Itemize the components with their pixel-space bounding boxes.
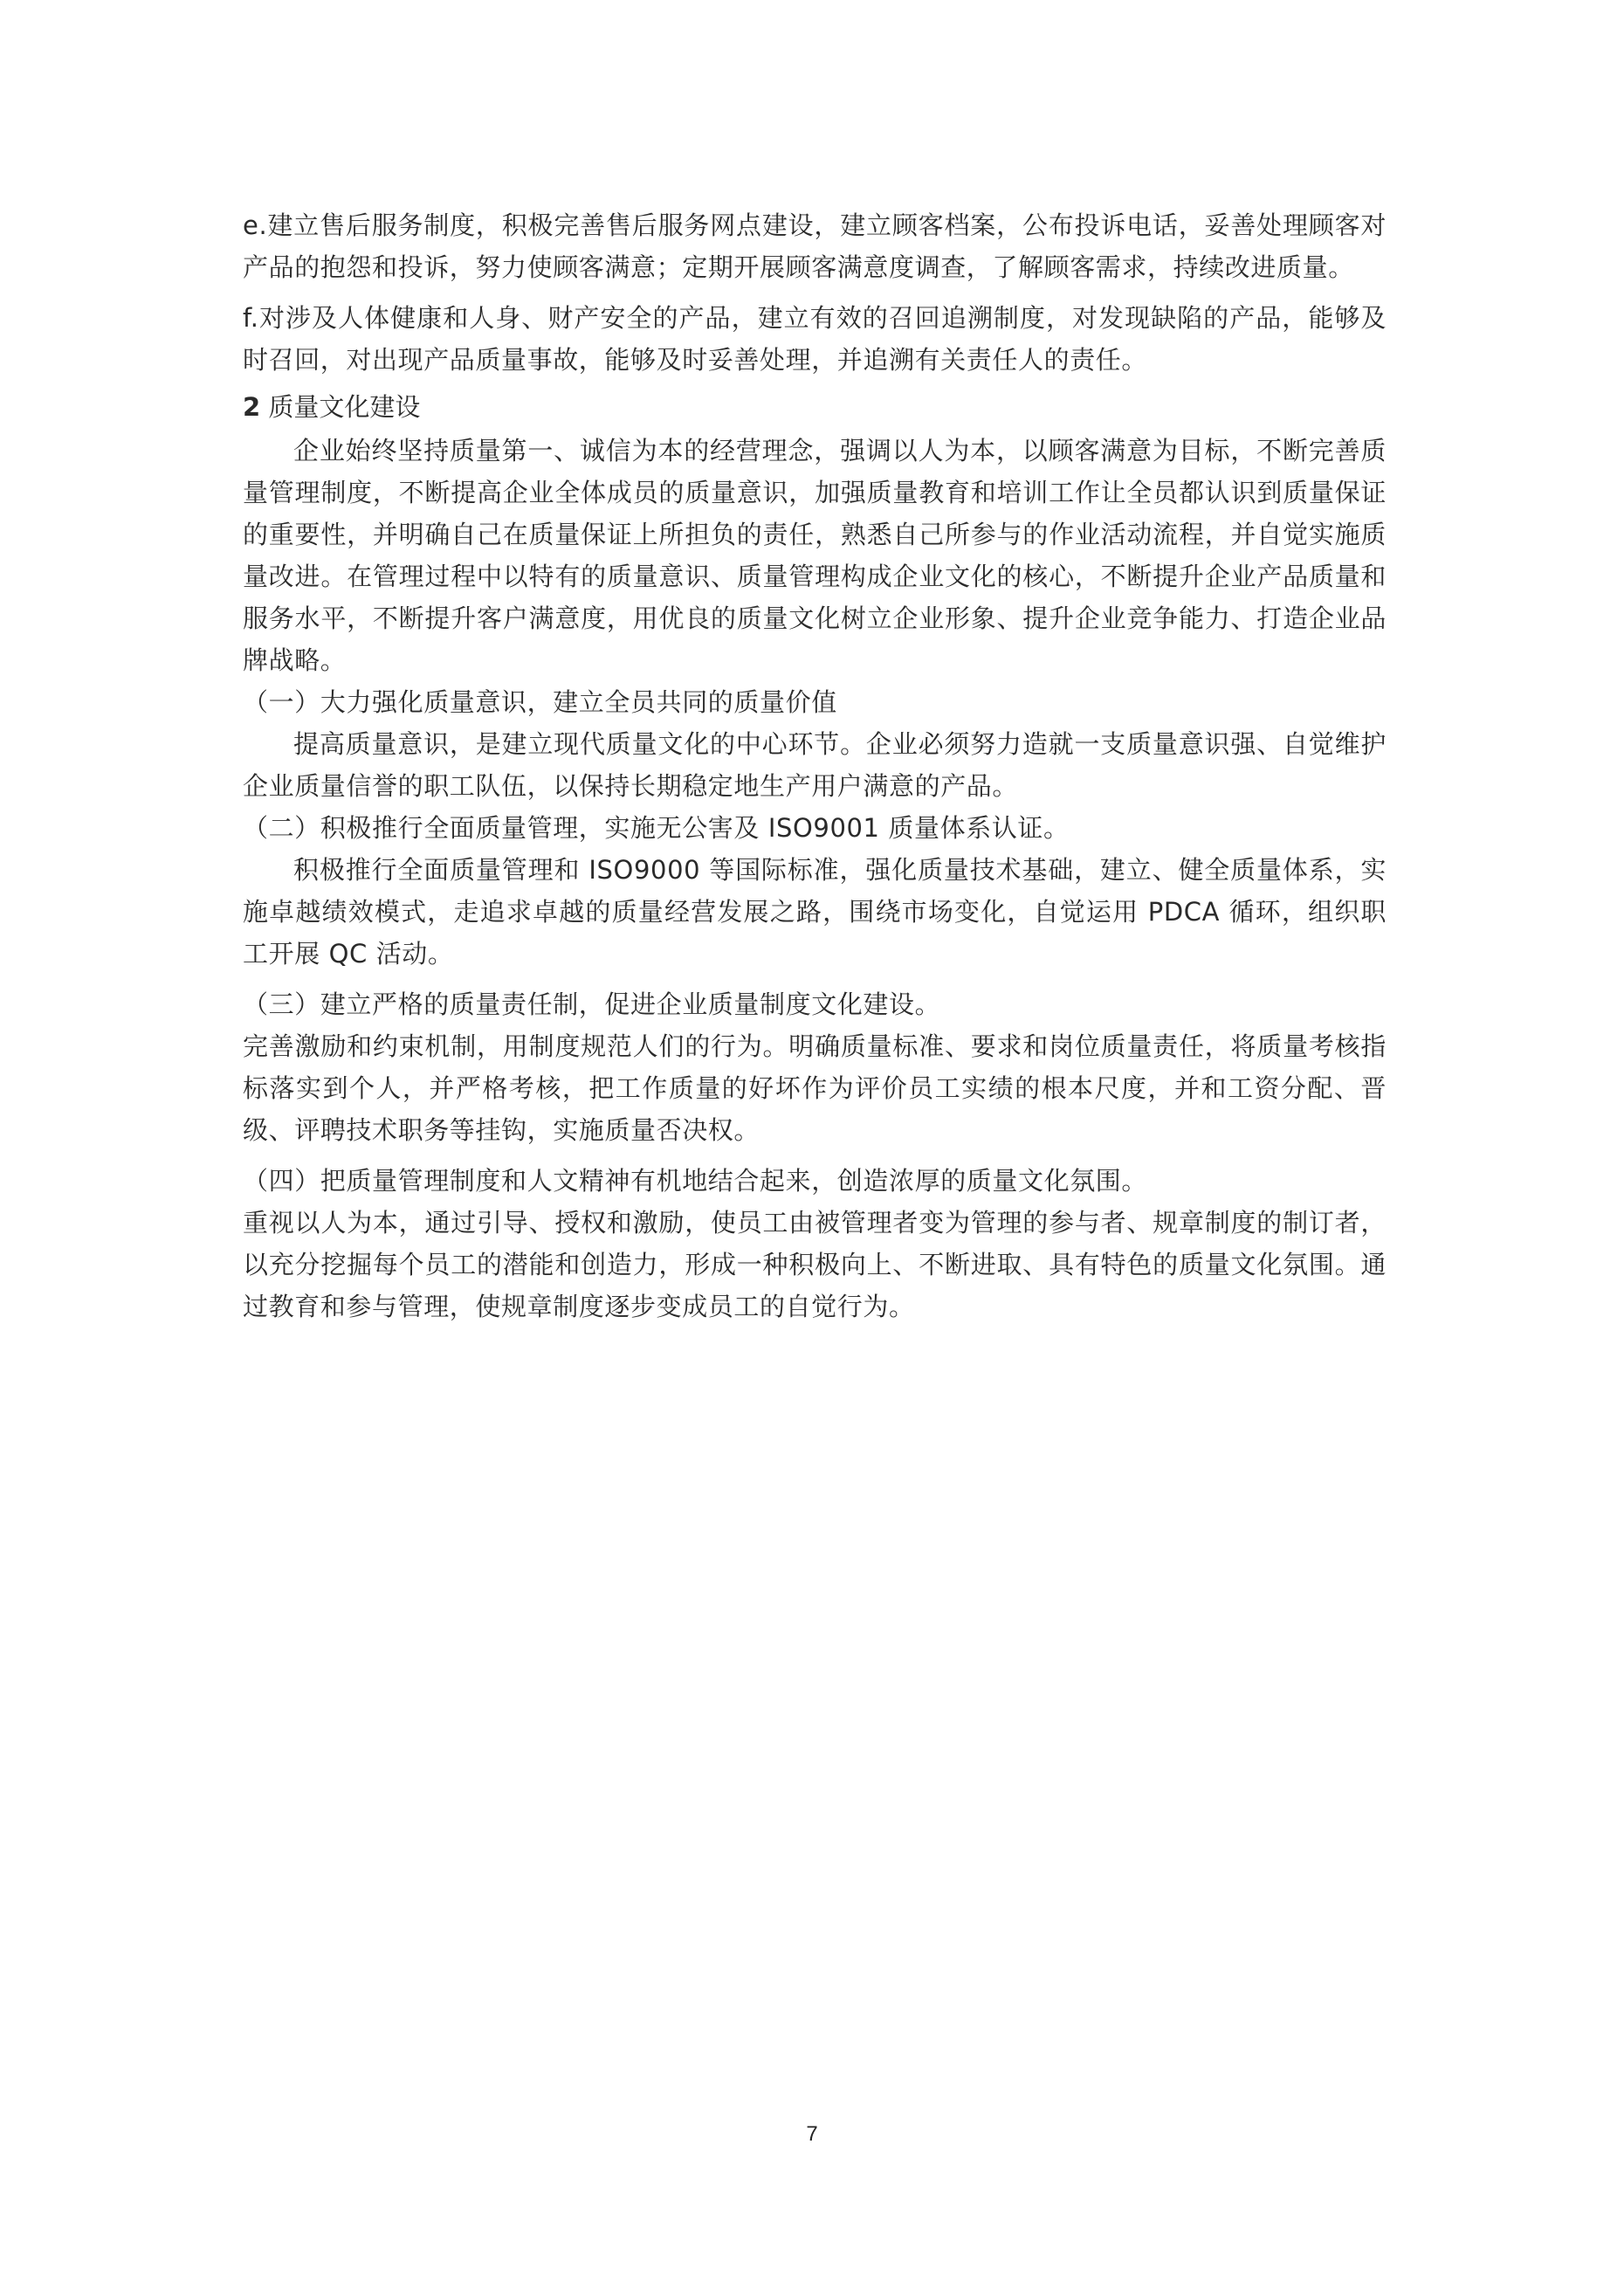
subsection-heading-1: （一）大力强化质量意识，建立全员共同的质量价值	[243, 681, 1387, 723]
subsection-body-4: 重视以人为本，通过引导、授权和激励，使员工由被管理者变为管理的参与者、规章制度的…	[243, 1202, 1387, 1327]
paragraph-item-f: f.对涉及人体健康和人身、财产安全的产品，建立有效的召回追溯制度，对发现缺陷的产…	[243, 297, 1387, 381]
section-heading: 2 质量文化建设	[243, 386, 1387, 428]
paragraph-item-e: e.建立售后服务制度，积极完善售后服务网点建设，建立顾客档案，公布投诉电话，妥善…	[243, 204, 1387, 288]
document-page: e.建立售后服务制度，积极完善售后服务网点建设，建立顾客档案，公布投诉电话，妥善…	[243, 204, 1387, 1327]
subsection-heading-3: （三）建立严格的质量责任制，促进企业质量制度文化建设。	[243, 983, 1387, 1025]
page-number: 7	[0, 2122, 1624, 2147]
subsection-heading-4: （四）把质量管理制度和人文精神有机地结合起来，创造浓厚的质量文化氛围。	[243, 1160, 1387, 1202]
subsection-body-3: 完善激励和约束机制，用制度规范人们的行为。明确质量标准、要求和岗位质量责任，将质…	[243, 1025, 1387, 1151]
section-number: 2	[243, 392, 260, 422]
subsection-body-2: 积极推行全面质量管理和 ISO9000 等国际标准，强化质量技术基础，建立、健全…	[243, 849, 1387, 975]
subsection-body-1: 提高质量意识，是建立现代质量文化的中心环节。企业必须努力造就一支质量意识强、自觉…	[243, 723, 1387, 807]
section-intro: 企业始终坚持质量第一、诚信为本的经营理念，强调以人为本，以顾客满意为目标，不断完…	[243, 430, 1387, 681]
section-title: 质量文化建设	[268, 392, 420, 422]
subsection-heading-2: （二）积极推行全面质量管理，实施无公害及 ISO9001 质量体系认证。	[243, 807, 1387, 849]
